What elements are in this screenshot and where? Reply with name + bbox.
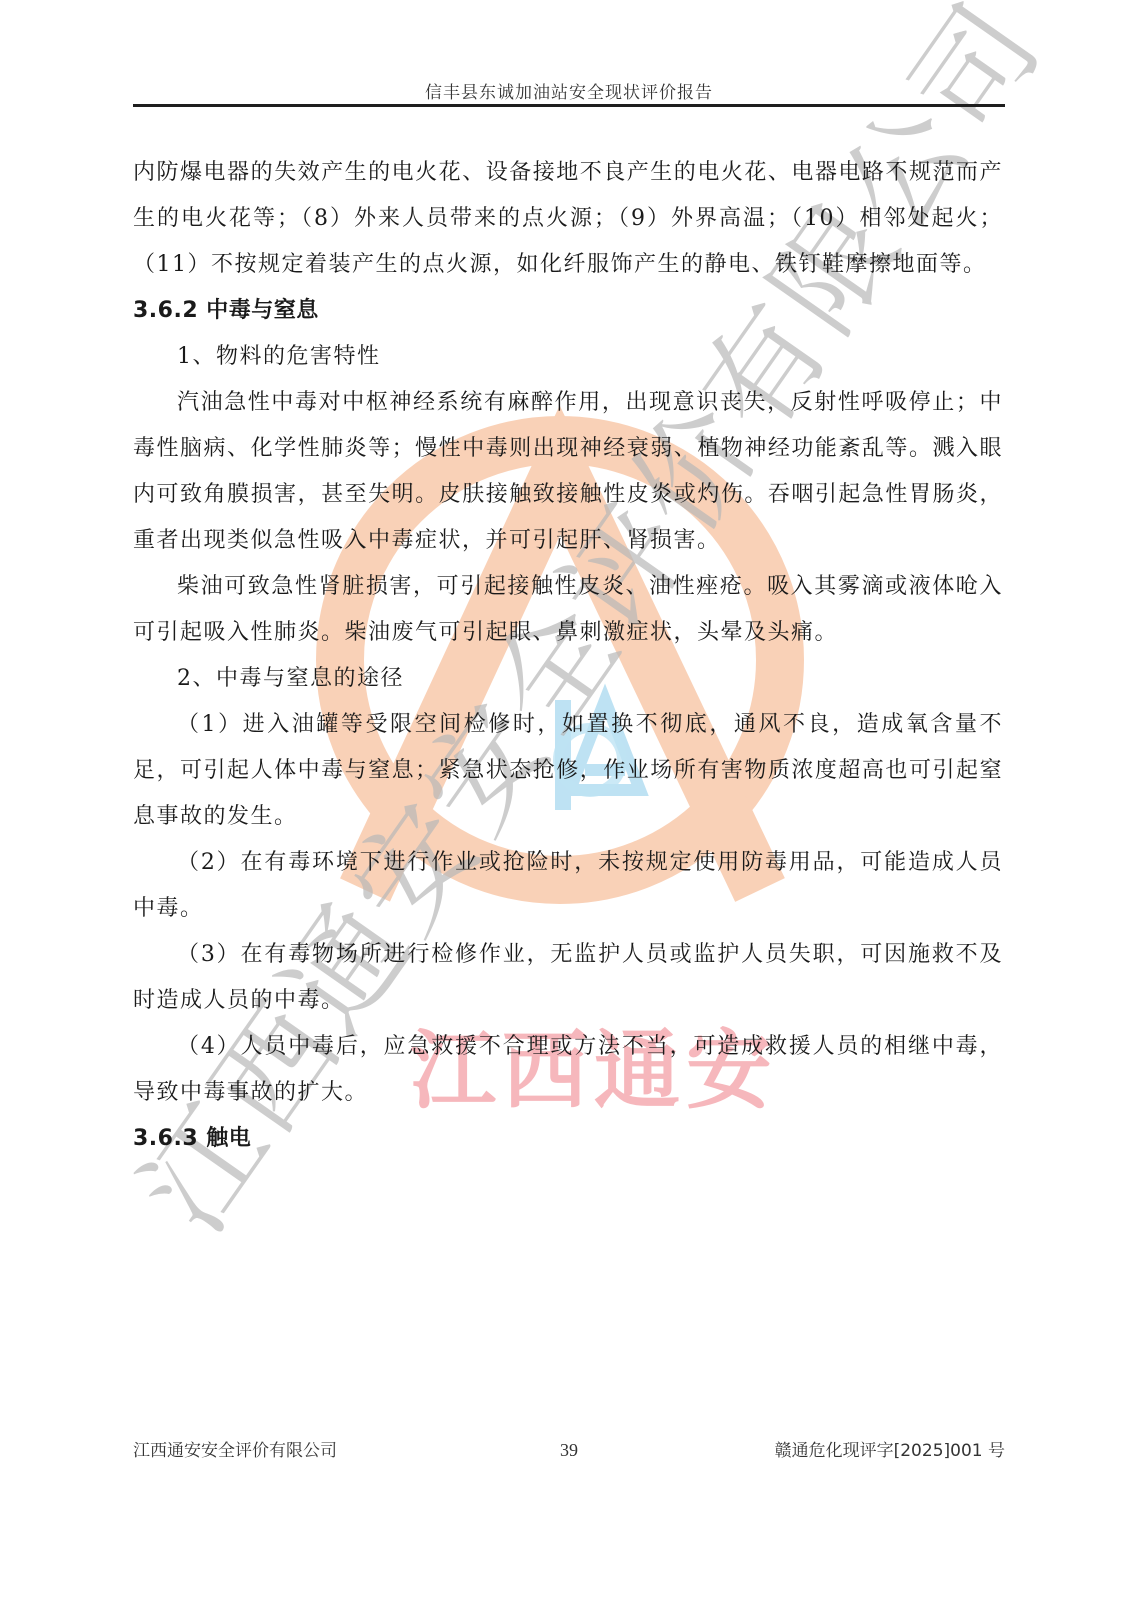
- document-number: 赣通危化现评字[2025]001 号: [775, 1436, 1005, 1461]
- paragraph-route-1: （1）进入油罐等受限空间检修时，如置换不彻底，通风不良，造成氧含量不足，可引起人…: [133, 702, 1003, 840]
- page-footer: 江西通安安全评价有限公司 39 赣通危化现评字[2025]001 号: [133, 1436, 1005, 1466]
- running-header: 信丰县东诚加油站安全现状评价报告: [133, 78, 1005, 103]
- subheading-material-hazards: 1、物料的危害特性: [133, 334, 1003, 380]
- section-heading-poisoning: 3.6.2 中毒与窒息: [133, 288, 1003, 334]
- paragraph-diesel-toxicity: 柴油可致急性肾脏损害，可引起接触性皮炎、油性痤疮。吸入其雾滴或液体呛入可引起吸入…: [133, 564, 1003, 656]
- header-divider: [133, 104, 1005, 107]
- paragraph-gasoline-toxicity: 汽油急性中毒对中枢神经系统有麻醉作用，出现意识丧失，反射性呼吸停止；中毒性脑病、…: [133, 380, 1003, 564]
- paragraph-route-2: （2）在有毒环境下进行作业或抢险时，未按规定使用防毒用品，可能造成人员中毒。: [133, 840, 1003, 932]
- document-body: 内防爆电器的失效产生的电火花、设备接地不良产生的电火花、电器电路不规范而产生的电…: [133, 150, 1003, 1162]
- paragraph-route-4: （4）人员中毒后，应急救援不合理或方法不当，可造成救援人员的相继中毒，导致中毒事…: [133, 1024, 1003, 1116]
- section-heading-electric-shock: 3.6.3 触电: [133, 1116, 1003, 1162]
- paragraph-route-3: （3）在有毒物场所进行检修作业，无监护人员或监护人员失职，可因施救不及时造成人员…: [133, 932, 1003, 1024]
- paragraph-ignition-sources: 内防爆电器的失效产生的电火花、设备接地不良产生的电火花、电器电路不规范而产生的电…: [133, 150, 1003, 288]
- document-page: 信丰县东诚加油站安全现状评价报告 内防爆电器的失效产生的电火花、设备接地不良产生…: [0, 0, 1131, 1600]
- subheading-poisoning-routes: 2、中毒与窒息的途径: [133, 656, 1003, 702]
